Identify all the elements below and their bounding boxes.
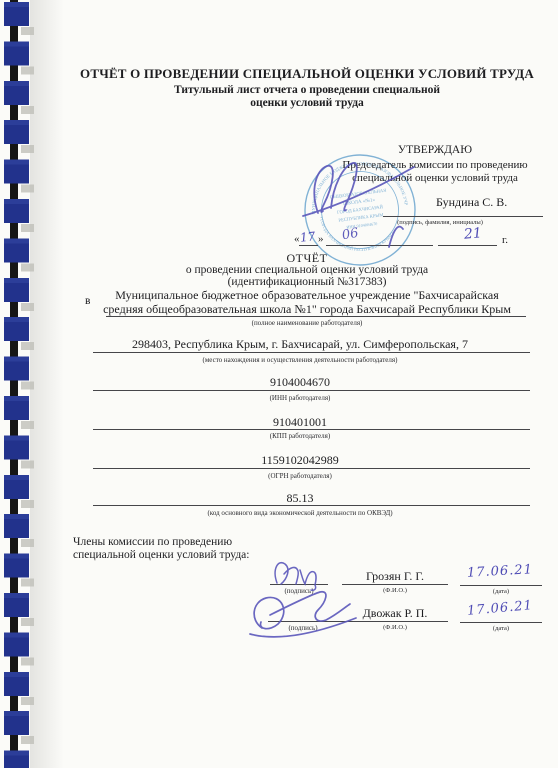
field-caption: (ОГРН работодателя)	[60, 472, 540, 480]
field-line	[93, 390, 530, 391]
employer-ogrn: 1159102042989	[60, 453, 540, 468]
field-caption: (место нахождения и осуществления деятел…	[60, 356, 540, 364]
approval-signature-line	[383, 216, 543, 217]
approver-name: Бундина С. В.	[436, 195, 507, 210]
handwritten-month: 06	[341, 226, 360, 244]
field-caption: (КПП работодателя)	[60, 432, 540, 440]
field-line	[93, 352, 530, 353]
field-caption: (код основного вида экономической деятел…	[60, 509, 540, 517]
employer-okved: 85.13	[60, 491, 540, 506]
employer-name-underline	[106, 316, 526, 317]
employer-inn: 9104004670	[60, 375, 540, 390]
member1-name-caption: (Ф.И.О.)	[342, 587, 448, 594]
member2-date-caption: (дата)	[460, 625, 542, 632]
commission-heading: Члены комиссии по проведению специальной…	[73, 536, 303, 561]
member2-name-caption: (Ф.И.О.)	[342, 624, 448, 631]
report-line1: о проведении специальной оценки условий …	[60, 264, 554, 276]
document-subtitle: Титульный лист отчета о проведении специ…	[60, 84, 554, 109]
member2-date-line	[460, 622, 542, 623]
date-quote-open: «	[294, 233, 300, 245]
handwritten-year: 21	[463, 225, 482, 242]
employer-kpp: 910401001	[60, 415, 540, 430]
member1-signature-caption: (подпись)	[264, 587, 334, 595]
employer-name-caption: (полное наименование работодателя)	[60, 319, 554, 327]
field-line	[93, 468, 530, 469]
field-line	[93, 505, 530, 506]
stamp-line: ОБЩЕОБРАЗОВАТЕЛЬНАЯ	[329, 188, 386, 200]
member2-signature-caption: (подпись)	[268, 624, 338, 632]
paper-edge-shadow	[30, 0, 64, 768]
date-quote-close: »	[318, 233, 324, 245]
member2-name-line	[342, 621, 448, 622]
handwritten-day: 17	[299, 229, 316, 245]
field-line	[93, 429, 530, 430]
document-title: ОТЧЁТ О ПРОВЕДЕНИИ СПЕЦИАЛЬНОЙ ОЦЕНКИ УС…	[60, 66, 554, 82]
employer-address: 298403, Республика Крым, г. Бахчисарай, …	[60, 337, 540, 352]
date-month-line	[326, 245, 433, 246]
member1-date-line	[460, 585, 542, 586]
date-day-line	[299, 245, 318, 246]
field-caption: (ИНН работодателя)	[60, 394, 540, 402]
date-suffix: г.	[502, 234, 508, 246]
date-year-line	[438, 245, 497, 246]
member1-name-line	[342, 584, 448, 585]
member1-handwritten-date: 17.06.21	[458, 562, 543, 581]
member2-handwritten-date: 17.06.21	[458, 597, 543, 619]
member1-signature-line	[270, 584, 328, 585]
approval-role: Председатель комиссии по проведению спец…	[322, 159, 548, 184]
employer-name: Муниципальное бюджетное образовательное …	[75, 289, 539, 316]
binding-comb-teeth	[4, 2, 29, 768]
member2-name: Двожак Р. П.	[342, 606, 448, 621]
member1-date-caption: (дата)	[460, 588, 542, 595]
member1-name: Грозян Г. Г.	[342, 569, 448, 584]
approval-label: УТВЕРЖДАЮ	[330, 144, 540, 156]
report-id-number: (идентификационный №317383)	[60, 276, 554, 288]
